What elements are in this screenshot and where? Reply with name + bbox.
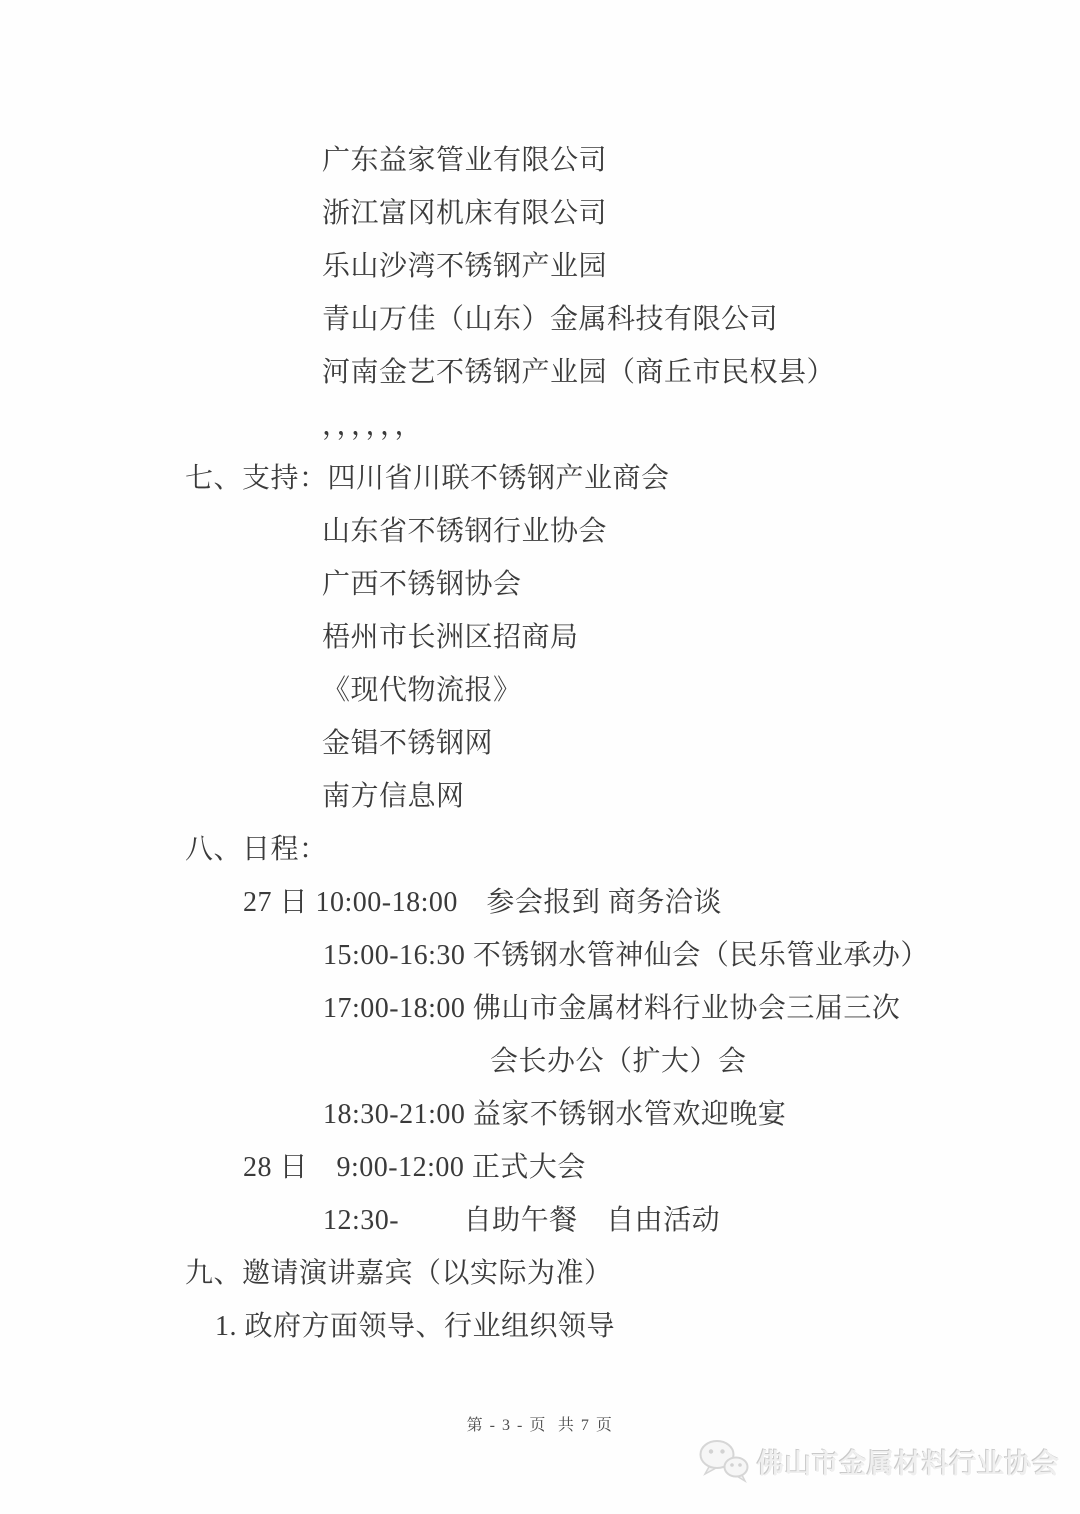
agenda-line: 15:00-16:30 不锈钢水管神仙会（民乐管业承办） [323,941,929,971]
section-eight-agenda: 八、日程： [185,835,328,865]
page-number-footer: 第 - 3 - 页 共 7 页 [0,1412,1080,1435]
ellipsis-commas-line: ，，，，，， [322,411,423,441]
wechat-icon [698,1438,750,1484]
organizer-line: 浙江富冈机床有限公司 [322,199,607,229]
supporter-line: 山东省不锈钢行业协会 [322,517,607,547]
document-page: 广东益家管业有限公司 浙江富冈机床有限公司 乐山沙湾不锈钢产业园 青山万佳（山东… [0,0,1080,1514]
agenda-line-day28: 28 日 9:00-12:00 正式大会 [243,1153,586,1183]
supporter-line: 金锠不锈钢网 [322,729,493,759]
watermark-association-name: 佛山市金属材料行业协会 [757,1442,1060,1481]
organizer-line: 广东益家管业有限公司 [322,146,607,176]
agenda-line: 18:30-21:00 益家不锈钢水管欢迎晚宴 [323,1100,786,1130]
association-watermark: 佛山市金属材料行业协会 [698,1438,1060,1484]
section-nine-guests: 九、邀请演讲嘉宾（以实际为准） [185,1259,613,1289]
supporter-line: 梧州市长洲区招商局 [322,623,579,653]
section-seven-support: 七、支持：四川省川联不锈钢产业商会 [185,464,670,494]
supporter-line: 广西不锈钢协会 [322,570,522,600]
organizer-line: 青山万佳（山东）金属科技有限公司 [322,305,778,335]
organizer-line: 河南金艺不锈钢产业园（商丘市民权县） [322,358,835,388]
organizer-line: 乐山沙湾不锈钢产业园 [322,252,607,282]
agenda-line: 12:30- 自助午餐 自由活动 [323,1206,720,1236]
supporter-line: 南方信息网 [322,782,465,812]
agenda-line: 17:00-18:00 佛山市金属材料行业协会三届三次 [323,994,900,1024]
guest-item-line: 1. 政府方面领导、行业组织领导 [215,1312,615,1342]
supporter-line: 《现代物流报》 [322,676,522,706]
agenda-line-cont: 会长办公（扩大）会 [490,1047,747,1077]
agenda-line-day27: 27 日 10:00-18:00 参会报到 商务洽谈 [243,888,722,918]
